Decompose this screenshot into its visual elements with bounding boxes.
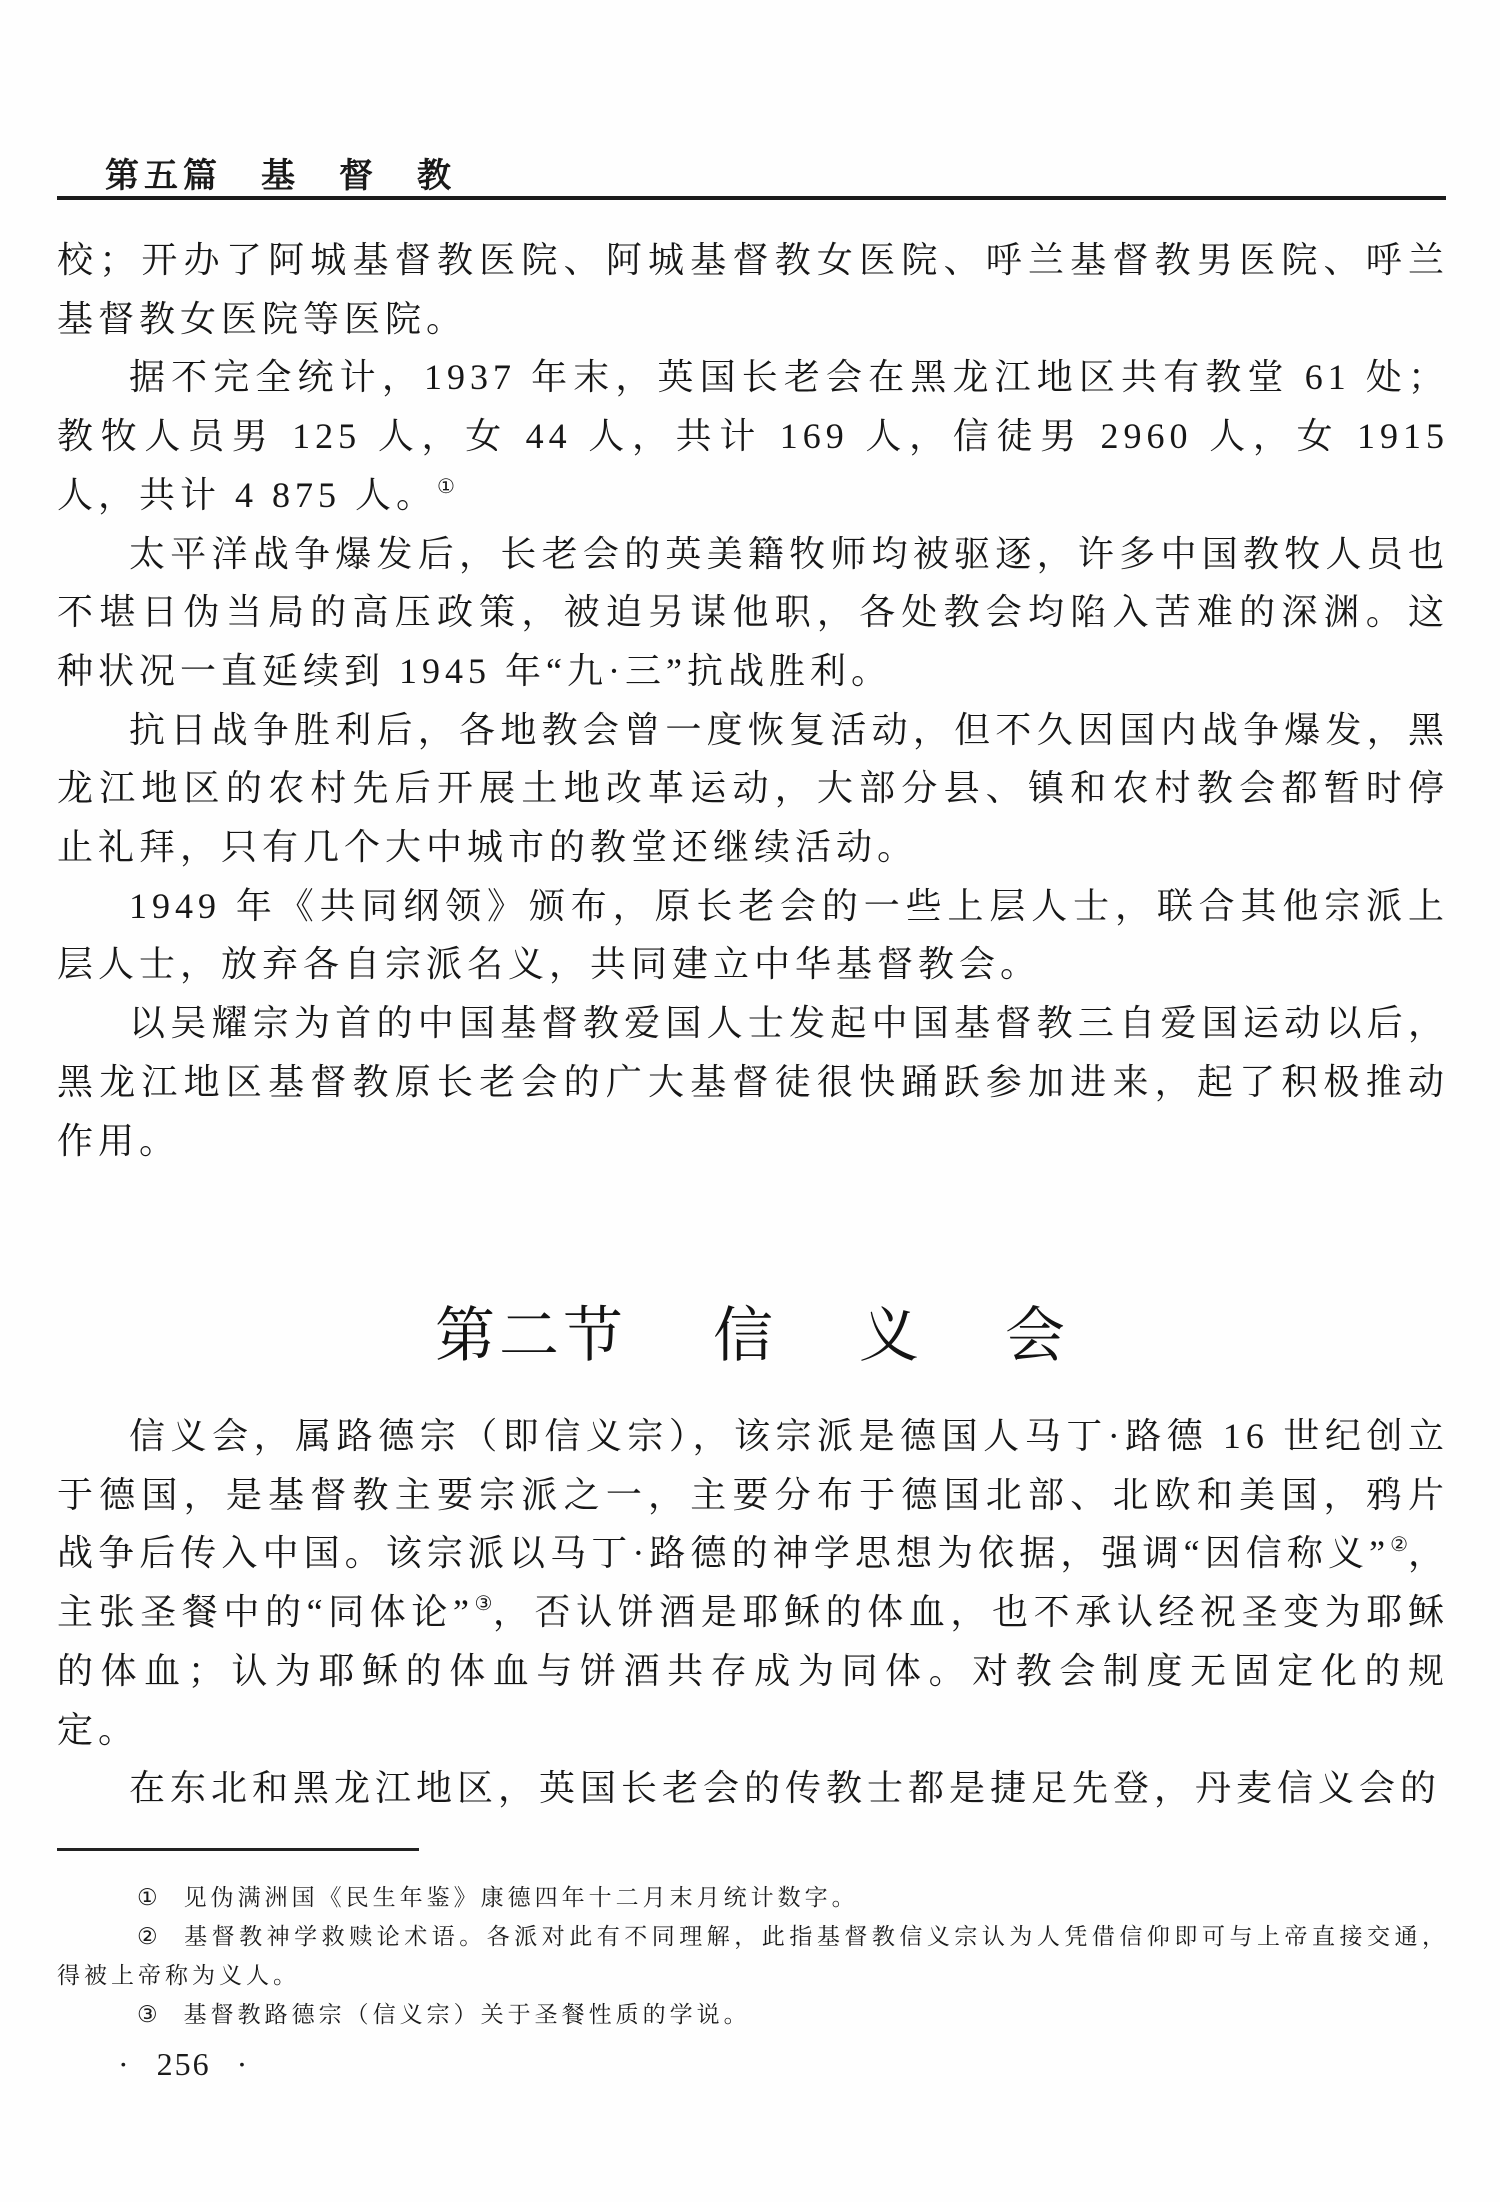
footnote-1-text: 见伪满洲国《民生年鉴》康德四年十二月末月统计数字。 bbox=[184, 1885, 859, 1910]
header-rule bbox=[57, 196, 1446, 200]
scanned-book-page: 第五篇 基 督 教 校；开办了阿城基督教医院、阿城基督教女医院、呼兰基督教男医院… bbox=[0, 0, 1500, 2202]
paragraph-1949: 1949 年《共同纲领》颁布，原长老会的一些上层人士，联合其他宗派上层人士，放弃… bbox=[57, 877, 1449, 994]
section-title-char-1: 信 bbox=[713, 1288, 773, 1374]
footnote-ref-2: ② bbox=[1390, 1534, 1408, 1556]
footnote-2-text: 基督教神学救赎论术语。各派对此有不同理解，此指基督教信义宗认为人凭借信仰即可与上… bbox=[57, 1924, 1449, 1988]
paragraph-lutheran-intro: 信义会，属路德宗（即信义宗），该宗派是德国人马丁·路德 16 世纪创立于德国，是… bbox=[57, 1407, 1449, 1759]
running-header: 第五篇 基 督 教 bbox=[105, 148, 456, 197]
footnotes-block: ①见伪满洲国《民生年鉴》康德四年十二月末月统计数字。 ②基督教神学救赎论术语。各… bbox=[57, 1878, 1449, 2034]
footnote-1: ①见伪满洲国《民生年鉴》康德四年十二月末月统计数字。 bbox=[57, 1878, 1449, 1917]
footnote-1-marker: ① bbox=[137, 1885, 158, 1910]
paragraph-lutheran-seg-1: 信义会，属路德宗（即信义宗），该宗派是德国人马丁·路德 16 世纪创立于德国，是… bbox=[57, 1416, 1449, 1573]
paragraph-pacific-war: 太平洋战争爆发后，长老会的英美籍牧师均被驱逐，许多中国教牧人员也不堪日伪当局的高… bbox=[57, 525, 1449, 701]
footnote-ref-3: ③ bbox=[474, 1593, 493, 1615]
footnote-separator bbox=[57, 1848, 419, 1851]
section-title-char-3: 会 bbox=[1005, 1288, 1065, 1374]
page-number: · 256 · bbox=[118, 2046, 249, 2083]
paragraph-northeast: 在东北和黑龙江地区，英国长老会的传教士都是捷足先登，丹麦信义会的 bbox=[57, 1759, 1449, 1818]
section-text-block: 信义会，属路德宗（即信义宗），该宗派是德国人马丁·路德 16 世纪创立于德国，是… bbox=[57, 1407, 1449, 1818]
section-title-char-2: 义 bbox=[859, 1288, 919, 1374]
footnote-3: ③基督教路德宗（信义宗）关于圣餐性质的学说。 bbox=[57, 1995, 1449, 2034]
footnote-2-marker: ② bbox=[137, 1924, 158, 1949]
section-number: 第二节 bbox=[435, 1288, 627, 1374]
footnote-3-text: 基督教路德宗（信义宗）关于圣餐性质的学说。 bbox=[184, 2002, 751, 2027]
paragraph-three-self: 以吴耀宗为首的中国基督教爱国人士发起中国基督教三自爱国运动以后，黑龙江地区基督教… bbox=[57, 994, 1449, 1170]
footnote-3-marker: ③ bbox=[137, 2002, 158, 2027]
paragraph-statistics-text: 据不完全统计，1937 年末，英国长老会在黑龙江地区共有教堂 61 处；教牧人员… bbox=[57, 357, 1449, 514]
footnote-2: ②基督教神学救赎论术语。各派对此有不同理解，此指基督教信义宗认为人凭借信仰即可与… bbox=[57, 1917, 1449, 1995]
paragraph-statistics: 据不完全统计，1937 年末，英国长老会在黑龙江地区共有教堂 61 处；教牧人员… bbox=[57, 348, 1449, 524]
paragraph-postwar: 抗日战争胜利后，各地教会曾一度恢复活动，但不久因国内战争爆发，黑龙江地区的农村先… bbox=[57, 701, 1449, 877]
section-title: 第二节 信 义 会 bbox=[0, 1288, 1500, 1374]
main-text-block: 校；开办了阿城基督教医院、阿城基督教女医院、呼兰基督教男医院、呼兰基督教女医院等… bbox=[57, 231, 1449, 1170]
paragraph-continuation: 校；开办了阿城基督教医院、阿城基督教女医院、呼兰基督教男医院、呼兰基督教女医院等… bbox=[57, 231, 1449, 348]
footnote-ref-1: ① bbox=[437, 476, 455, 498]
